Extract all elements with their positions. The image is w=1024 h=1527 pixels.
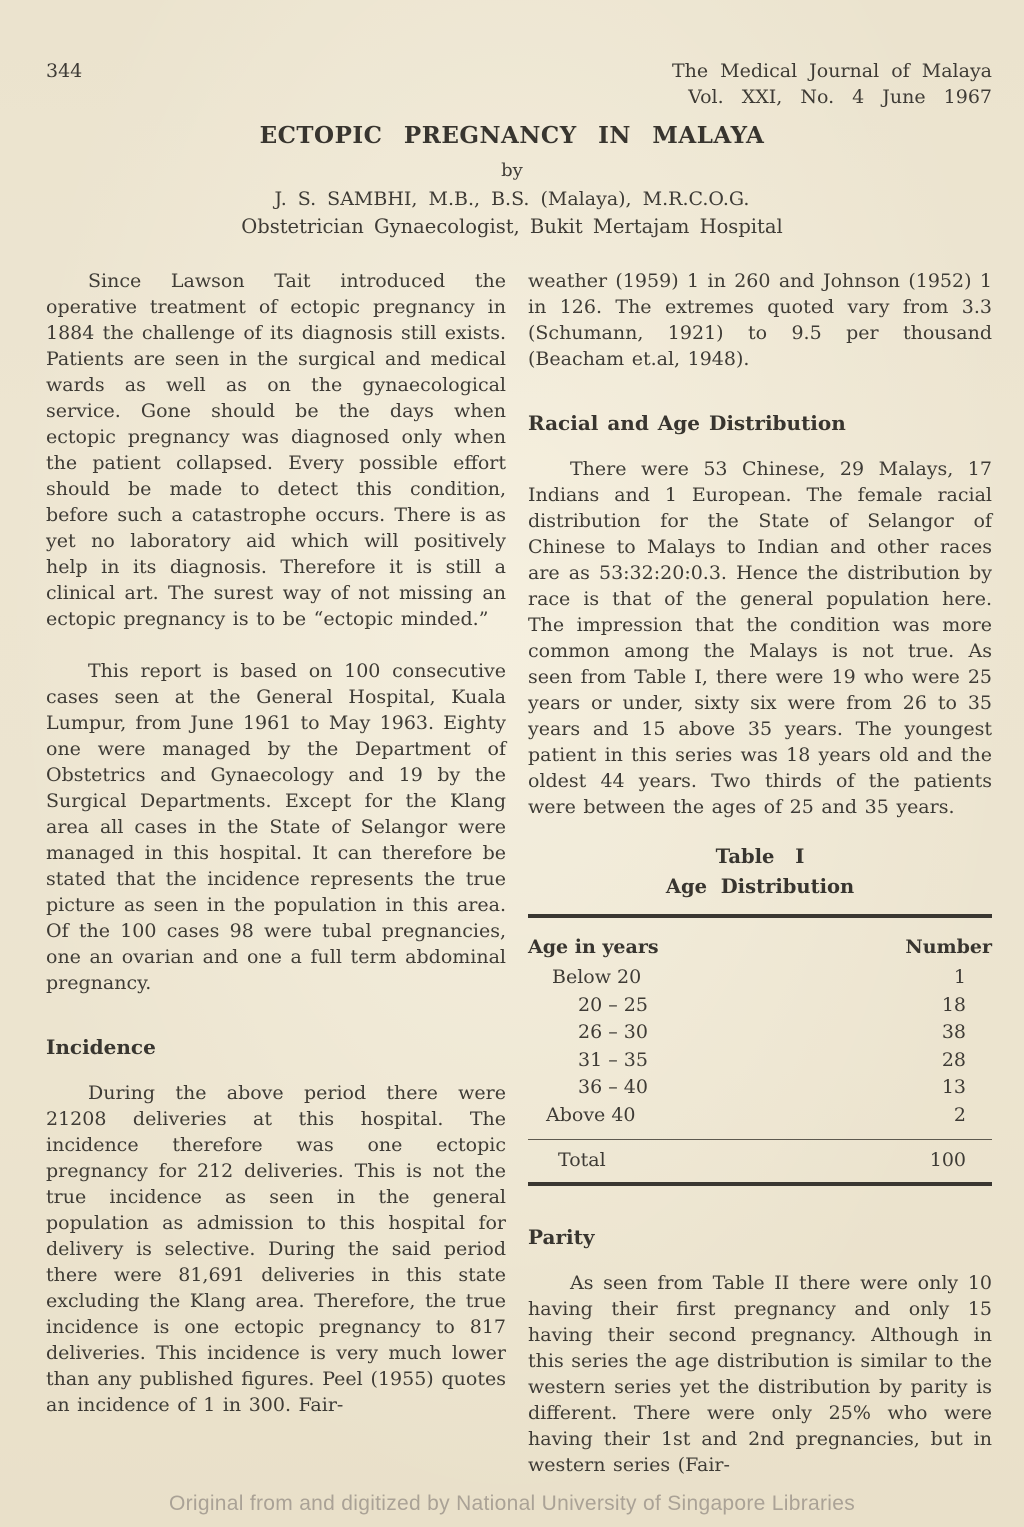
- article-title: ECTOPIC PREGNANCY IN MALAYA: [0, 122, 1024, 149]
- table-cell-age: 31 – 35: [528, 1047, 866, 1075]
- section-heading-incidence: Incidence: [46, 1034, 506, 1060]
- table-cell-age: Above 40: [528, 1102, 866, 1130]
- table-header-number: Number: [892, 934, 992, 960]
- table-header-row: Age in years Number: [528, 918, 992, 962]
- table1-caption-number: Table I: [528, 844, 992, 870]
- paragraph-report-basis: This report is based on 100 consecutive …: [46, 658, 506, 996]
- table-total-row: Total 100: [528, 1140, 992, 1182]
- table-cell-age: 26 – 30: [528, 1019, 866, 1047]
- table-cell-number: 2: [866, 1102, 992, 1130]
- table-cell-age: 20 – 25: [528, 992, 866, 1020]
- table-row: 20 – 25 18: [528, 992, 992, 1020]
- age-distribution-table: Age in years Number Below 20 1 20 – 25 1…: [528, 914, 992, 1186]
- byline: by: [0, 160, 1024, 181]
- title-block: ECTOPIC PREGNANCY IN MALAYA by J. S. SAM…: [0, 122, 1024, 238]
- digitization-credit: Original from and digitized by National …: [0, 1492, 1024, 1516]
- table-cell-number: 1: [866, 964, 992, 992]
- table-cell-number: 13: [866, 1074, 992, 1102]
- table1-caption-title: Age Distribution: [528, 874, 992, 900]
- table-cell-age: 36 – 40: [528, 1074, 866, 1102]
- paragraph-introduction: Since Lawson Tait introduced the operati…: [46, 268, 506, 632]
- table-rule-bottom: [528, 1182, 992, 1186]
- table1-caption: Table I Age Distribution: [528, 844, 992, 900]
- table-cell-number: 18: [866, 992, 992, 1020]
- table-row: 26 – 30 38: [528, 1019, 992, 1047]
- table-cell-number: 38: [866, 1019, 992, 1047]
- journal-issue: Vol. XXI, No. 4 June 1967: [672, 84, 992, 110]
- author-line: J. S. SAMBHI, M.B., B.S. (Malaya), M.R.C…: [0, 188, 1024, 210]
- affiliation-line: Obstetrician Gynaecologist, Bukit Mertaj…: [0, 215, 1024, 238]
- section-heading-parity: Parity: [528, 1224, 992, 1250]
- paragraph-racial-age: There were 53 Chinese, 29 Malays, 17 Ind…: [528, 456, 992, 820]
- table-row: 31 – 35 28: [528, 1047, 992, 1075]
- paragraph-incidence: During the above period there were 21208…: [46, 1080, 506, 1418]
- table-total-value: 100: [866, 1147, 992, 1173]
- journal-name: The Medical Journal of Malaya: [672, 58, 992, 84]
- table-row: Above 40 2: [528, 1102, 992, 1130]
- paragraph-parity: As seen from Table II there were only 10…: [528, 1270, 992, 1478]
- table-body: Below 20 1 20 – 25 18 26 – 30 38 31 – 35…: [528, 962, 992, 1139]
- page-number: 344: [46, 58, 82, 84]
- table-cell-number: 28: [866, 1047, 992, 1075]
- table-cell-age: Below 20: [528, 964, 866, 992]
- table-header-age: Age in years: [528, 934, 892, 960]
- journal-header: The Medical Journal of Malaya Vol. XXI, …: [672, 58, 992, 110]
- journal-page-scan: 344 The Medical Journal of Malaya Vol. X…: [0, 0, 1024, 1527]
- paragraph-incidence-continued: weather (1959) 1 in 260 and Johnson (195…: [528, 268, 992, 372]
- section-heading-racial-age: Racial and Age Distribution: [528, 410, 992, 436]
- table-total-label: Total: [528, 1147, 866, 1173]
- left-column: Since Lawson Tait introduced the operati…: [46, 268, 506, 1418]
- right-column: weather (1959) 1 in 260 and Johnson (195…: [528, 268, 992, 1478]
- table-row: Below 20 1: [528, 964, 992, 992]
- table-row: 36 – 40 13: [528, 1074, 992, 1102]
